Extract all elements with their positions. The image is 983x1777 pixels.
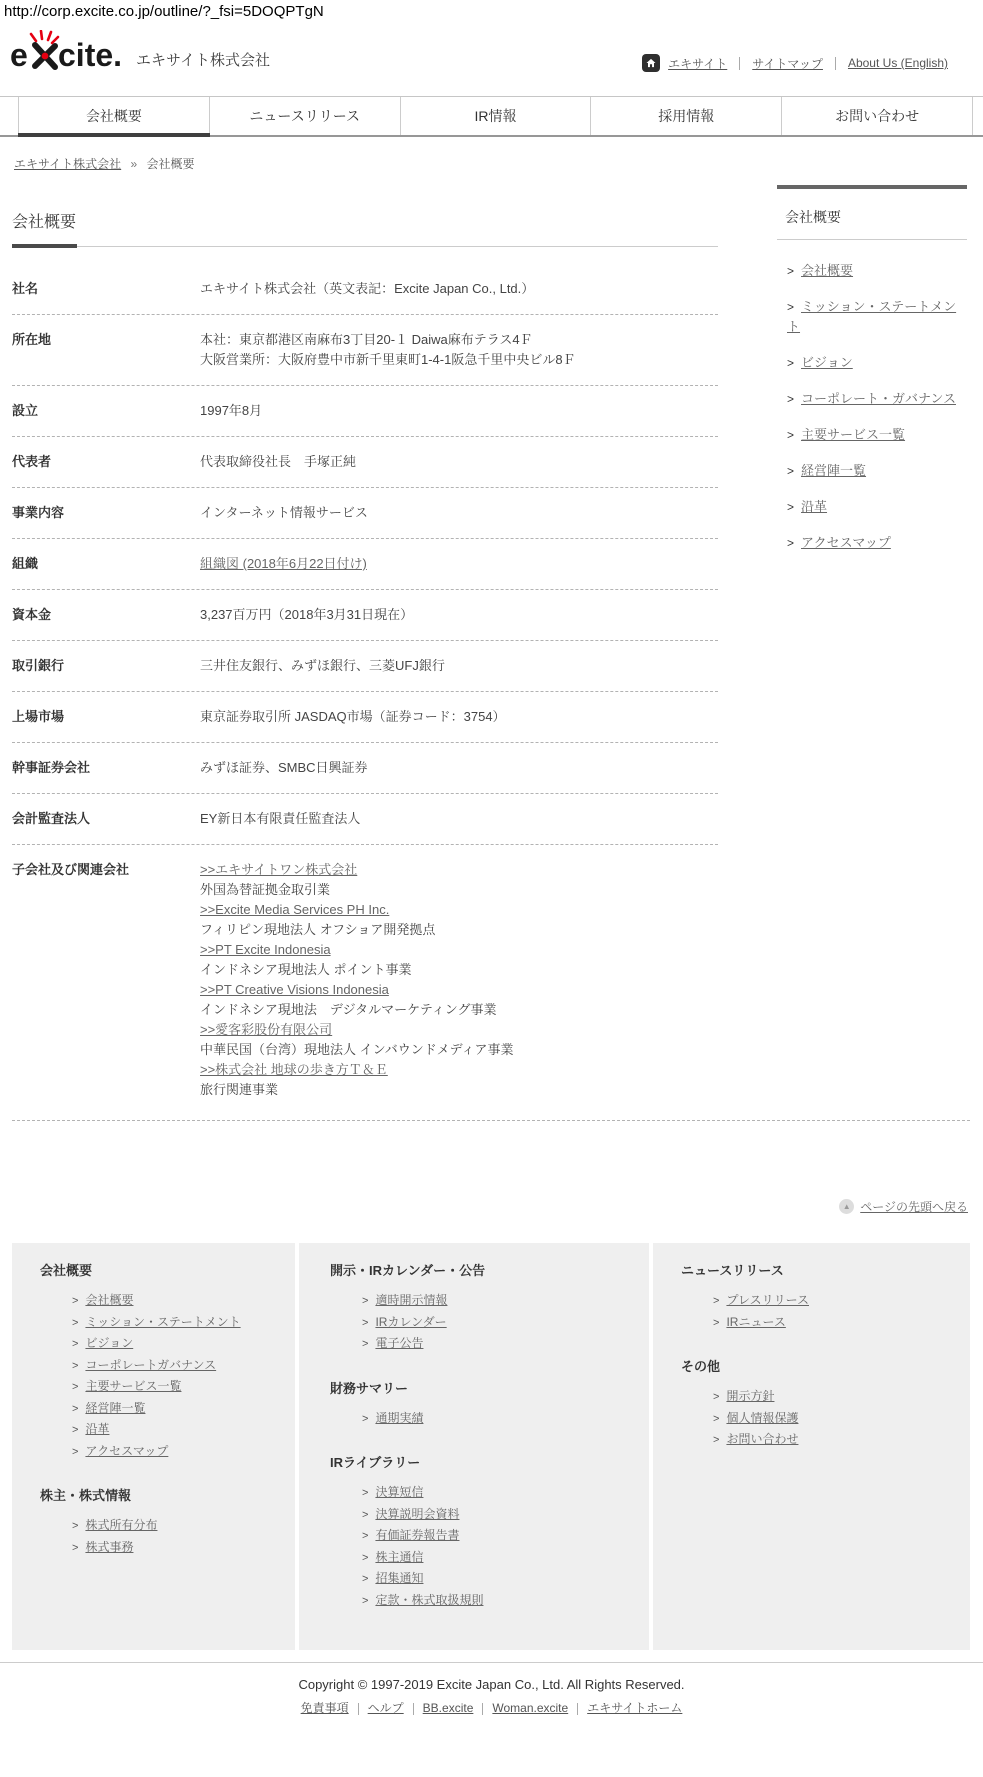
- bottom-separator: [482, 1703, 483, 1715]
- footer-link-item: >適時開示情報: [330, 1290, 649, 1312]
- chevron-right-icon: >: [72, 1338, 78, 1350]
- chevron-right-icon: >: [72, 1381, 78, 1393]
- footer-link-item: >アクセスマップ: [40, 1441, 295, 1463]
- chevron-right-icon: >: [362, 1509, 368, 1521]
- bottom-separator: [358, 1703, 359, 1715]
- chevron-right-icon: >: [362, 1487, 368, 1499]
- browser-url-text: http://corp.excite.co.jp/outline/?_fsi=5…: [4, 3, 324, 20]
- main-content: 会社概要 社名 エキサイト株式会社（英文表記：Excite Japan Co.,…: [12, 212, 718, 1120]
- table-row: 事業内容 インターネット情報サービス: [12, 488, 718, 539]
- table-row: 所在地 本社：東京都港区南麻布3丁目20-１ Daiwa麻布テラス4Ｆ 大阪営業…: [12, 315, 718, 386]
- sidebar-title: 会社概要: [777, 189, 967, 239]
- chevron-right-icon: >: [362, 1573, 368, 1585]
- table-row: 社名 エキサイト株式会社（英文表記：Excite Japan Co., Ltd.…: [12, 264, 718, 315]
- footer-link-item: >IRニュース: [681, 1312, 970, 1334]
- row-value: みずほ証券、SMBC日興証券: [200, 758, 718, 778]
- chevron-right-icon: >: [362, 1595, 368, 1607]
- company-overview-table: 社名 エキサイト株式会社（英文表記：Excite Japan Co., Ltd.…: [12, 264, 718, 1120]
- footer-link-item: >プレスリリース: [681, 1290, 970, 1312]
- footer-link-item: >コーポレートガバナンス: [40, 1355, 295, 1377]
- footer-link-item: >株式所有分布: [40, 1515, 295, 1537]
- page: http://corp.excite.co.jp/outline/?_fsi=5…: [0, 0, 983, 1777]
- bottom-link-excite-home[interactable]: エキサイトホーム: [587, 1701, 682, 1715]
- chevron-right-icon: >: [72, 1403, 78, 1415]
- subsidiary-link[interactable]: >>愛客彩股份有限公司: [200, 1020, 718, 1040]
- subsidiary-description: インドネシア現地法人 ポイント事業: [200, 960, 718, 980]
- row-label: 社名: [12, 279, 200, 299]
- footer-link-item: >経営陣一覧: [40, 1398, 295, 1420]
- row-value: 大阪営業所：大阪府豊中市新千里東町1-4-1阪急千里中央ビル8Ｆ: [200, 350, 718, 370]
- chevron-right-icon: >: [787, 300, 794, 314]
- content-bottom-divider: [12, 1120, 970, 1121]
- svg-text:cite.: cite.: [58, 37, 122, 73]
- arrow-up-icon: ▲: [839, 1199, 854, 1214]
- chevron-right-icon: >: [787, 392, 794, 406]
- tab-company-overview[interactable]: 会社概要: [18, 97, 210, 135]
- row-value: EY新日本有限責任監査法人: [200, 809, 718, 829]
- footer-heading: 会社概要: [40, 1261, 295, 1281]
- copyright-text: Copyright © 1997-2019 Excite Japan Co., …: [0, 1677, 983, 1692]
- table-row: 代表者 代表取締役社長 手塚正純: [12, 437, 718, 488]
- row-label: 資本金: [12, 605, 200, 625]
- chevron-right-icon: >: [787, 536, 794, 550]
- chevron-right-icon: >: [362, 1530, 368, 1542]
- footer-link-item: >IRカレンダー: [330, 1312, 649, 1334]
- breadcrumb-current: 会社概要: [147, 157, 195, 171]
- sidebar-item-mission-statement: >ミッション・ステートメント: [787, 297, 967, 337]
- header-company-name: エキサイト株式会社: [136, 49, 270, 70]
- footer-link-item: >電子公告: [330, 1333, 649, 1355]
- table-row: 子会社及び関連会社 >>エキサイトワン株式会社 外国為替証拠金取引業 >>Exc…: [12, 845, 718, 1120]
- header-link-about-us-english[interactable]: About Us (English): [848, 56, 948, 70]
- sidebar-item-corporate-governance: >コーポレート・ガバナンス: [787, 389, 967, 409]
- row-label: 会計監査法人: [12, 809, 200, 829]
- chevron-right-icon: >: [72, 1424, 78, 1436]
- chevron-right-icon: >: [713, 1317, 719, 1329]
- chevron-right-icon: >: [72, 1317, 78, 1329]
- breadcrumb-home-link[interactable]: エキサイト株式会社: [14, 157, 121, 171]
- subsidiary-description: 旅行関連事業: [200, 1080, 718, 1100]
- row-label: 子会社及び関連会社: [12, 860, 200, 1100]
- row-value: エキサイト株式会社（英文表記：Excite Japan Co., Ltd.）: [200, 279, 718, 299]
- page-title: 会社概要: [12, 212, 718, 234]
- chevron-right-icon: >: [713, 1391, 719, 1403]
- tab-news-release[interactable]: ニュースリリース: [210, 97, 401, 135]
- sidebar-item-company-overview: >会社概要: [787, 261, 967, 281]
- subsidiary-description: 中華民国（台湾）現地法人 インバウンドメディア事業: [200, 1040, 718, 1060]
- footer-link-item: >決算説明会資料: [330, 1504, 649, 1526]
- chevron-right-icon: >: [362, 1295, 368, 1307]
- footer-heading: その他: [681, 1357, 970, 1377]
- subsidiary-link[interactable]: >>PT Excite Indonesia: [200, 940, 718, 960]
- footer-link-item: >決算短信: [330, 1482, 649, 1504]
- footer-link-item: >通期実績: [330, 1408, 649, 1430]
- chevron-right-icon: >: [787, 464, 794, 478]
- sidebar-item-access-map: >アクセスマップ: [787, 533, 967, 553]
- row-label: 設立: [12, 401, 200, 421]
- row-label: 幹事証券会社: [12, 758, 200, 778]
- table-row: 会計監査法人 EY新日本有限責任監査法人: [12, 794, 718, 845]
- home-icon[interactable]: [642, 54, 660, 72]
- row-label: 事業内容: [12, 503, 200, 523]
- footer-link-item: >有価証券報告書: [330, 1525, 649, 1547]
- header-separator: [835, 57, 836, 70]
- header-separator: [739, 57, 740, 70]
- table-row: 取引銀行 三井住友銀行、みずほ銀行、三菱UFJ銀行: [12, 641, 718, 692]
- chevron-right-icon: >: [362, 1552, 368, 1564]
- sidebar-item-vision: >ビジョン: [787, 353, 967, 373]
- subsidiary-link[interactable]: >>Excite Media Services PH Inc.: [200, 900, 718, 920]
- footer-heading: 開示・IRカレンダー・公告: [330, 1261, 649, 1281]
- chevron-right-icon: >: [362, 1338, 368, 1350]
- footer-heading: 財務サマリー: [330, 1379, 649, 1399]
- chevron-right-icon: >: [787, 428, 794, 442]
- header-link-sitemap[interactable]: サイトマップ: [752, 55, 823, 72]
- breadcrumb-separator: »: [131, 157, 138, 171]
- bottom-link-disclaimer[interactable]: 免責事項: [301, 1701, 349, 1715]
- bottom-link-bb-excite[interactable]: BB.excite: [423, 1701, 474, 1715]
- table-row: 設立 1997年8月: [12, 386, 718, 437]
- chevron-right-icon: >: [72, 1446, 78, 1458]
- back-to-top[interactable]: ▲ ページの先頭へ戻る: [839, 1198, 968, 1215]
- footer-heading: IRライブラリー: [330, 1453, 649, 1473]
- subsidiary-description: インドネシア現地法 デジタルマーケティング事業: [200, 1000, 718, 1020]
- sidebar-item-history: >沿革: [787, 497, 967, 517]
- chevron-right-icon: >: [72, 1360, 78, 1372]
- chevron-right-icon: >: [72, 1542, 78, 1554]
- chevron-right-icon: >: [787, 356, 794, 370]
- subsidiary-description: 外国為替証拠金取引業: [200, 880, 718, 900]
- row-label: 代表者: [12, 452, 200, 472]
- header-utility-links: エキサイト サイトマップ About Us (English): [642, 54, 952, 72]
- tab-contact[interactable]: お問い合わせ: [782, 97, 973, 135]
- tab-ir-info[interactable]: IR情報: [401, 97, 592, 135]
- active-tab-underline: [18, 133, 210, 137]
- footer-link-item: >定款・株式取扱規則: [330, 1590, 649, 1612]
- svg-text:e: e: [10, 37, 28, 73]
- back-to-top-link[interactable]: ページの先頭へ戻る: [860, 1198, 968, 1215]
- row-value: 3,237百万円（2018年3月31日現在）: [200, 605, 718, 625]
- subsidiary-link[interactable]: >>株式会社 地球の歩き方Ｔ＆Ｅ: [200, 1060, 718, 1080]
- sidebar-item-services: >主要サービス一覧: [787, 425, 967, 445]
- row-label: 所在地: [12, 330, 200, 370]
- footer-link-item: >主要サービス一覧: [40, 1376, 295, 1398]
- sidebar-item-management: >経営陣一覧: [787, 461, 967, 481]
- footer-link-item: >お問い合わせ: [681, 1429, 970, 1451]
- chevron-right-icon: >: [72, 1295, 78, 1307]
- header-link-excite[interactable]: エキサイト: [668, 55, 727, 72]
- bottom-separator: [413, 1703, 414, 1715]
- row-label: 上場市場: [12, 707, 200, 727]
- bottom-links: 免責事項ヘルプBB.exciteWoman.exciteエキサイトホーム: [0, 1699, 983, 1716]
- breadcrumb: エキサイト株式会社 » 会社概要: [14, 155, 195, 172]
- subsidiary-description: フィリピン現地法人 オフショア開発拠点: [200, 920, 718, 940]
- row-label: 組織: [12, 554, 200, 574]
- copyright-bar: Copyright © 1997-2019 Excite Japan Co., …: [0, 1662, 983, 1716]
- table-row: 資本金 3,237百万円（2018年3月31日現在）: [12, 590, 718, 641]
- row-label: 取引銀行: [12, 656, 200, 676]
- table-row: 幹事証券会社 みずほ証券、SMBC日興証券: [12, 743, 718, 794]
- chevron-right-icon: >: [787, 500, 794, 514]
- sidebar: 会社概要 >会社概要 >ミッション・ステートメント >ビジョン >コーポレート・…: [777, 185, 967, 569]
- row-value: 三井住友銀行、みずほ銀行、三菱UFJ銀行: [200, 656, 718, 676]
- chevron-right-icon: >: [713, 1413, 719, 1425]
- row-value: インターネット情報サービス: [200, 503, 718, 523]
- chevron-right-icon: >: [362, 1317, 368, 1329]
- footer-column-news: ニュースリリース >プレスリリース >IRニュース その他 >開示方針 >個人情…: [653, 1243, 970, 1650]
- table-row: 上場市場 東京証券取引所 JASDAQ市場（証券コード：3754）: [12, 692, 718, 743]
- footer-link-item: >個人情報保護: [681, 1408, 970, 1430]
- chevron-right-icon: >: [72, 1520, 78, 1532]
- title-divider: [12, 246, 718, 247]
- chevron-right-icon: >: [713, 1295, 719, 1307]
- footer-link-item: >開示方針: [681, 1386, 970, 1408]
- footer-link-item: >沿革: [40, 1419, 295, 1441]
- footer-link-item: >ミッション・ステートメント: [40, 1312, 295, 1334]
- row-value: 本社：東京都港区南麻布3丁目20-１ Daiwa麻布テラス4Ｆ: [200, 330, 718, 350]
- footer-heading: 株主・株式情報: [40, 1486, 295, 1506]
- footer-heading: ニュースリリース: [681, 1261, 970, 1281]
- subsidiary-link[interactable]: >>エキサイトワン株式会社: [200, 860, 718, 880]
- subsidiary-link[interactable]: >>PT Creative Visions Indonesia: [200, 980, 718, 1000]
- footer-link-item: >ビジョン: [40, 1333, 295, 1355]
- footer-column-company: 会社概要 >会社概要 >ミッション・ステートメント >ビジョン >コーポレートガ…: [12, 1243, 295, 1650]
- footer-column-ir: 開示・IRカレンダー・公告 >適時開示情報 >IRカレンダー >電子公告 財務サ…: [299, 1243, 649, 1650]
- table-row: 組織 組織図 (2018年6月22日付け): [12, 539, 718, 590]
- sidebar-divider: [777, 239, 967, 240]
- bottom-link-help[interactable]: ヘルプ: [368, 1701, 404, 1715]
- row-value: 東京証券取引所 JASDAQ市場（証券コード：3754）: [200, 707, 718, 727]
- global-nav: 会社概要 ニュースリリース IR情報 採用情報 お問い合わせ: [0, 96, 983, 137]
- bottom-link-woman-excite[interactable]: Woman.excite: [492, 1701, 568, 1715]
- org-chart-link[interactable]: 組織図 (2018年6月22日付け): [200, 554, 718, 574]
- chevron-right-icon: >: [362, 1413, 368, 1425]
- tab-recruit[interactable]: 採用情報: [591, 97, 782, 135]
- row-value: 1997年8月: [200, 401, 718, 421]
- chevron-right-icon: >: [787, 264, 794, 278]
- footer-link-item: >株主通信: [330, 1547, 649, 1569]
- excite-logo-image: e cite.: [10, 30, 132, 74]
- excite-logo[interactable]: e cite.: [10, 30, 132, 79]
- chevron-right-icon: >: [713, 1434, 719, 1446]
- footer-link-item: >会社概要: [40, 1290, 295, 1312]
- row-value: 代表取締役社長 手塚正純: [200, 452, 718, 472]
- footer-link-item: >株式事務: [40, 1537, 295, 1559]
- bottom-separator: [577, 1703, 578, 1715]
- footer-link-item: >招集通知: [330, 1568, 649, 1590]
